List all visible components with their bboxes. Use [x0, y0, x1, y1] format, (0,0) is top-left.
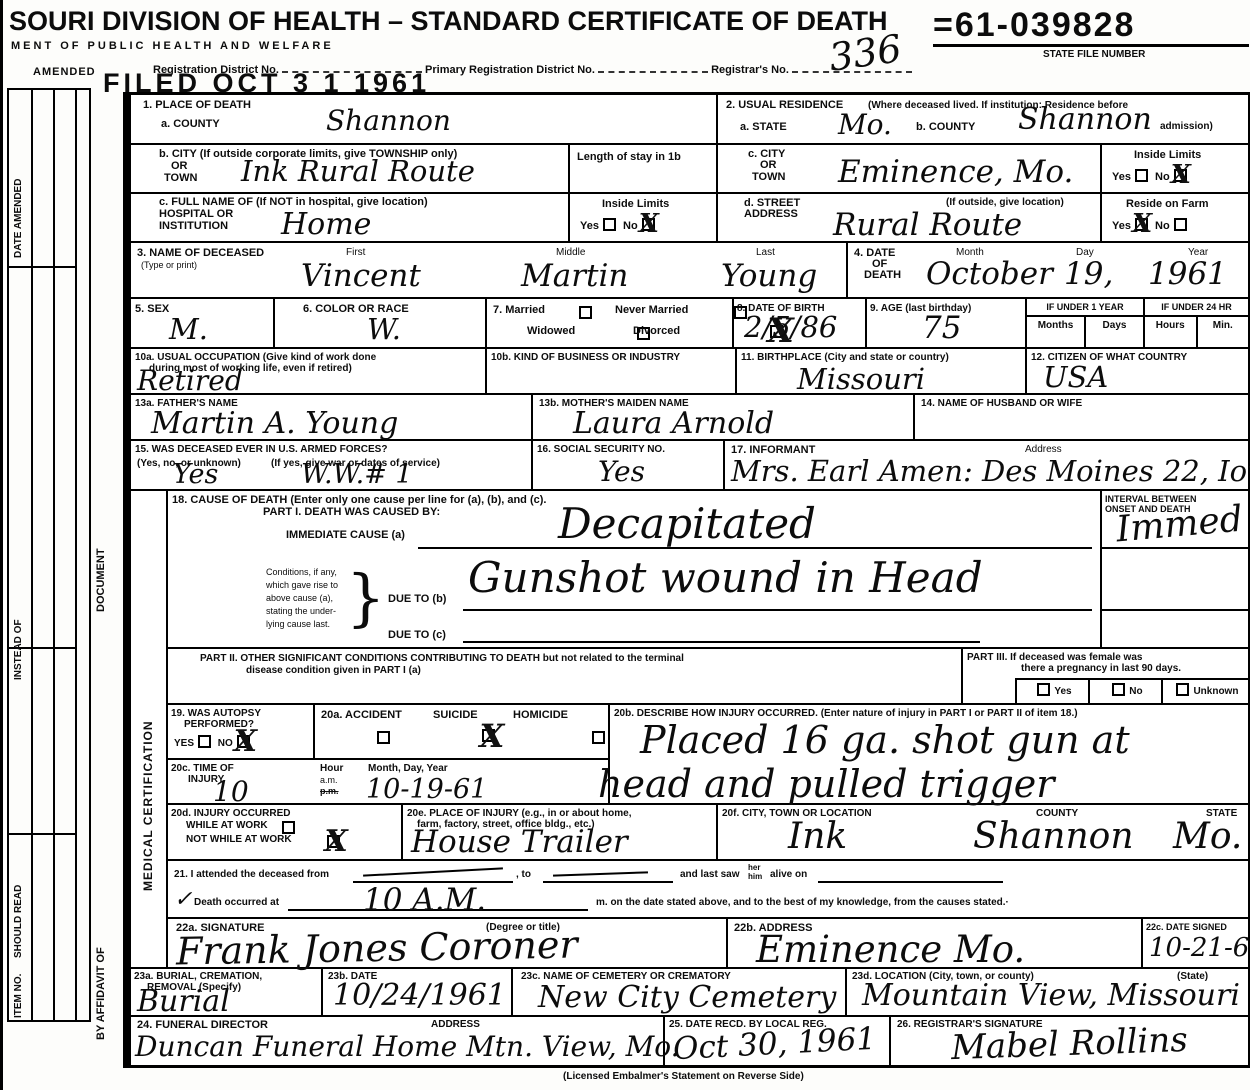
field-2c-inside-limits: Inside Limits Yes NoX: [1100, 145, 1248, 192]
document-label: DOCUMENT: [95, 548, 107, 612]
no-label: No: [1155, 220, 1170, 232]
checkbox-autopsy-no: X: [237, 735, 250, 748]
should-read-label: SHOULD READ: [13, 885, 24, 958]
not-while-at-work-label: NOT WHILE AT WORK: [186, 834, 292, 846]
hour-label: Hour: [320, 763, 343, 775]
checkbox-1c-no: X: [642, 218, 655, 231]
medical-certification-label: MEDICAL CERTIFICATION: [141, 720, 155, 891]
under-24-hr-label: IF UNDER 24 HR: [1145, 299, 1248, 313]
checkbox-autopsy-yes: [198, 735, 211, 748]
box-22a-signature: 22a. SIGNATURE (Degree or title) Frank J…: [168, 919, 726, 967]
length-of-stay-label: Length of stay in 1b: [577, 151, 681, 164]
box-1-place-of-death: 1. PLACE OF DEATH a. COUNTY Shannon b. C…: [131, 95, 716, 241]
checkbox-not-while-at-work: X: [327, 835, 340, 848]
box-10b-business: 10b. KIND OF BUSINESS OR INDUSTRY: [485, 349, 735, 393]
embalmer-note: (Licensed Embalmer's Statement on Revers…: [563, 1071, 804, 1083]
box-9-under-24-hr: IF UNDER 24 HR Hours Min.: [1143, 299, 1248, 347]
field-1a-county: 1. PLACE OF DEATH a. COUNTY Shannon: [131, 95, 716, 143]
checkbox-while-at-work: [282, 821, 295, 834]
box-26-registrar-signature: 26. REGISTRAR'S SIGNATURE Mabel Rollins: [889, 1017, 1248, 1065]
due-to-b-value: Gunshot wound in Head: [468, 557, 983, 599]
checkbox-x-mark: X: [234, 724, 257, 760]
ssn-value: Yes: [598, 458, 645, 486]
box-22c-date-signed: 22c. DATE SIGNED 10-21-61: [1141, 919, 1248, 967]
primary-registration-label: Primary Registration District No.: [425, 64, 595, 76]
amendment-table-line: [53, 90, 55, 1020]
box-20b-describe-injury: 20b. DESCRIBE HOW INJURY OCCURRED. (Ente…: [608, 705, 1248, 803]
box3-sub-label: (Type or print): [141, 260, 197, 271]
first-name-value: Vincent: [301, 261, 421, 292]
death-statement-label: m. on the date stated above, and to the …: [596, 897, 1009, 909]
autopsy-injury-row: 19. WAS AUTOPSY PERFORMED? YES NOX 20a. …: [168, 703, 1248, 803]
pm-label: p.m.: [320, 786, 339, 797]
part3-label2: there a pregnancy in last 90 days.: [1021, 663, 1181, 675]
informant-value: Mrs. Earl Amen: Des Moines 22, Iowa: [731, 457, 1250, 486]
min-label: Min.: [1196, 317, 1249, 347]
box-23d-location: 23d. LOCATION (City, town, or county) (S…: [845, 969, 1248, 1015]
box-20f-location: 20f. CITY, TOWN OR LOCATION COUNTY STATE…: [716, 805, 1248, 859]
cause-c-line: [463, 641, 980, 643]
box-18-cause-of-death: 18. CAUSE OF DEATH (Enter only one cause…: [168, 491, 1248, 647]
homicide-label: HOMICIDE: [513, 709, 568, 722]
due-to-b-label: DUE TO (b): [388, 593, 446, 606]
father-name-value: Martin A. Young: [151, 409, 398, 439]
injury-county-value: Shannon: [973, 819, 1134, 855]
box-9-age: 9. AGE (last birthday) 75: [865, 299, 1025, 347]
her-label: her: [748, 863, 760, 872]
box-12-citizen: 12. CITIZEN OF WHAT COUNTRY USA: [1025, 349, 1248, 393]
box2c-value: Eminence, Mo.: [838, 157, 1073, 188]
interval-column: INTERVAL BETWEEN ONSET AND DEATH Immed: [1100, 491, 1248, 647]
box-22b-address: 22b. ADDRESS Eminence Mo.: [726, 919, 1141, 967]
interval-divider: [1102, 609, 1248, 611]
yes-label: YES: [174, 738, 194, 749]
box2b-label: b. COUNTY: [916, 121, 975, 134]
inside-limits-label: Inside Limits: [1134, 149, 1201, 162]
no-label: No: [623, 220, 638, 232]
occupation-value: Retired: [137, 367, 243, 395]
certifier-row: 22a. SIGNATURE (Degree or title) Frank J…: [168, 917, 1248, 967]
part-2-other-conditions: PART II. OTHER SIGNIFICANT CONDITIONS CO…: [168, 649, 961, 703]
box-20e-place-of-injury: 20e. PLACE OF INJURY (e.g., in or about …: [401, 805, 716, 859]
field-2d-street-address: d. STREET ADDRESS (If outside, give loca…: [718, 194, 1100, 241]
middle-name-value: Martin: [521, 261, 628, 292]
box-23b-date: 23b. DATE 10/24/1961: [321, 969, 511, 1015]
armed-forces-value: Yes: [173, 461, 218, 488]
certificate-form: 1. PLACE OF DEATH a. COUNTY Shannon b. C…: [123, 92, 1250, 1068]
injury-city-value: Ink: [788, 819, 847, 855]
box20d-label: 20d. INJURY OCCURRED: [171, 808, 290, 820]
field-1c-hospital: c. FULL NAME OF (If NOT in hospital, giv…: [131, 194, 568, 241]
box-23a-disposition: 23a. BURIAL, CREMATION, REMOVAL (Specify…: [131, 969, 321, 1015]
conditions-note: Conditions, if any,: [266, 567, 337, 578]
amended-label: AMENDED: [33, 66, 96, 79]
box1-title: 1. PLACE OF DEATH: [143, 99, 251, 112]
checkbox-x-mark: X: [1171, 160, 1191, 191]
checkbox-x-mark: X: [639, 209, 659, 240]
primary-registration-blank: [598, 62, 708, 73]
married-label: 7. Married: [493, 304, 545, 317]
box-5-sex: 5. SEX M.: [131, 299, 273, 347]
sex-value: M.: [169, 315, 208, 344]
box1c-label3: INSTITUTION: [159, 220, 228, 233]
disposition-value: Burial: [137, 987, 230, 1017]
yes-label: Yes: [1112, 171, 1131, 183]
box-20c-time-of-injury: 20c. TIME OF INJURY 10 Hour a.m. p.m. Mo…: [168, 758, 608, 803]
box15-label: 15. WAS DECEASED EVER IN U.S. ARMED FORC…: [135, 444, 387, 456]
due-to-c-label: DUE TO (c): [388, 629, 446, 642]
page-title: SOURI DIVISION OF HEALTH – STANDARD CERT…: [9, 6, 888, 37]
unknown-label: Unknown: [1193, 686, 1238, 697]
death-occurred-label: Death occurred at: [194, 897, 279, 909]
interval-value: Immed: [1115, 502, 1244, 549]
burial-location-value: Mountain View, Missouri: [862, 981, 1240, 1011]
box-21-attendance: 21. I attended the deceased from , to an…: [168, 859, 1248, 917]
injury-state-value: Mo.: [1173, 819, 1242, 855]
box2-title-note2: admission): [1160, 121, 1213, 133]
hand-check-mark: ✓: [174, 889, 192, 911]
checkbox-2c-yes: [1135, 169, 1148, 182]
box-17-informant: 17. INFORMANT Address Mrs. Earl Amen: De…: [723, 441, 1248, 489]
under-1-year-label: IF UNDER 1 YEAR: [1027, 299, 1143, 313]
year-value: 1961: [1148, 259, 1227, 290]
conditions-note: which gave rise to: [266, 580, 338, 591]
while-at-work-label: WHILE AT WORK: [186, 820, 268, 832]
amendment-table-divider: [9, 266, 75, 268]
registrar-no-value: 336: [827, 29, 904, 77]
box-16-ssn: 16. SOCIAL SECURITY NO. Yes: [531, 441, 723, 489]
box1b-value: Ink Rural Route: [241, 157, 475, 186]
injury-place-row: 20d. INJURY OCCURRED WHILE AT WORK NOT W…: [168, 803, 1248, 859]
injury-date-value: 10-19-61: [366, 776, 487, 803]
part2-part3-row: PART II. OTHER SIGNIFICANT CONDITIONS CO…: [168, 647, 1248, 703]
checkbox-accident: [377, 731, 390, 744]
box2a-label: a. STATE: [740, 121, 787, 134]
box2a-value: Mo.: [838, 111, 892, 139]
to-label: , to: [516, 869, 531, 881]
month-value: October: [926, 259, 1053, 290]
box-4-date-of-death: 4. DATE OF DEATH Month Day Year October …: [846, 243, 1248, 297]
box22c-label: 22c. DATE SIGNED: [1146, 922, 1227, 933]
box-10a-occupation: 10a. USUAL OCCUPATION (Give kind of work…: [131, 349, 485, 393]
date-signed-value: 10-21-61: [1149, 935, 1250, 961]
alive-on-label: alive on: [770, 869, 807, 881]
yes-label: Yes: [580, 220, 599, 232]
checkbox-x-mark: X: [1132, 209, 1152, 240]
widowed-label: Widowed: [527, 325, 575, 338]
checkbox-2d-no: [1174, 218, 1187, 231]
box-8-date-of-birth: 8. DATE OF BIRTH 2/5/86: [732, 299, 865, 347]
part2-label: PART II. OTHER SIGNIFICANT CONDITIONS CO…: [200, 653, 684, 665]
injury-description-line1: Placed 16 ga. shot gun at: [640, 721, 1130, 759]
checkbox-x-mark: X: [479, 717, 504, 755]
no-label: No: [1155, 171, 1170, 183]
alive-on-blank: [818, 881, 1003, 883]
no-label: No: [1129, 686, 1142, 697]
part-3-pregnancy: PART III. If deceased was female was the…: [961, 649, 1248, 703]
injury-hour-value: 10: [213, 778, 249, 806]
date-of-birth-value: 2/5/86: [744, 313, 837, 342]
pen-stroke: [553, 871, 648, 876]
box10b-label: 10b. KIND OF BUSINESS OR INDUSTRY: [491, 352, 680, 364]
cause-b-line: [463, 609, 1092, 611]
medical-certification-strip: MEDICAL CERTIFICATION: [131, 491, 166, 967]
funeral-director-value: Duncan Funeral Home Mtn. View, Mo.: [135, 1033, 680, 1061]
accident-label: 20a. ACCIDENT: [321, 709, 402, 722]
box-24-funeral-director: 24. FUNERAL DIRECTOR ADDRESS Duncan Fune…: [131, 1017, 663, 1065]
checkbox-homicide: [592, 731, 605, 744]
citizen-value: USA: [1043, 363, 1108, 392]
conditions-note: above cause (a),: [266, 593, 333, 604]
state-file-number-rule: [933, 44, 1249, 47]
date-amended-label: DATE AMENDED: [13, 179, 24, 258]
box2c-town: TOWN: [752, 171, 785, 184]
armed-forces-war-value: W.W.# 1: [301, 461, 413, 488]
checkbox-pregnancy-no: [1112, 683, 1125, 696]
date-received-value: Oct 30, 1961: [672, 1024, 876, 1066]
mother-name-value: Laura Arnold: [573, 409, 774, 439]
box4-label3: DEATH: [864, 269, 901, 282]
checkbox-pregnancy-unknown: [1176, 683, 1189, 696]
amendment-table-line: [31, 90, 33, 1020]
state-file-number: =61-039828: [933, 6, 1135, 45]
box2d-value: Rural Route: [833, 210, 1022, 241]
medical-certification-section: MEDICAL CERTIFICATION 18. CAUSE OF DEATH…: [131, 489, 1248, 967]
checkbox-suicide: X: [482, 729, 495, 742]
box2b-value: Shannon: [1018, 105, 1152, 135]
field-1b-length-of-stay: Length of stay in 1b: [568, 145, 716, 192]
checkbox-2d-yes: X: [1135, 218, 1148, 231]
certifier-signature-value: Frank Jones Coroner: [176, 925, 578, 970]
months-label: Months: [1027, 317, 1084, 347]
death-time-value: 10 A.M.: [363, 885, 486, 916]
part1-label: PART I. DEATH WAS CAUSED BY:: [263, 506, 440, 519]
box2d-label2: ADDRESS: [744, 208, 798, 221]
box1a-value: Shannon: [326, 107, 451, 135]
conditions-note: lying cause last.: [266, 619, 330, 630]
divorced-label: Divorced: [633, 325, 680, 338]
am-label: a.m.: [320, 775, 338, 786]
burial-date-value: 10/24/1961: [333, 981, 506, 1011]
box-23c-cemetery: 23c. NAME OF CEMETERY OR CREMATORY New C…: [511, 969, 845, 1015]
certifier-address-value: Eminence Mo.: [756, 931, 1025, 968]
filed-stamp: FILED OCT 3 1 1961: [103, 68, 430, 99]
box3-label: 3. NAME OF DECEASED: [137, 247, 264, 260]
suicide-label: SUICIDE: [433, 709, 478, 722]
box1b-town: TOWN: [164, 172, 197, 185]
day-value: 19,: [1064, 259, 1113, 290]
checkbox-x-mark: X: [324, 824, 347, 859]
box-9-under-1-year: IF UNDER 1 YEAR Months Days: [1025, 299, 1143, 347]
age-value: 75: [922, 313, 961, 344]
birthplace-value: Missouri: [797, 365, 925, 394]
by-affidavit-label: BY AFFIDAVIT OF: [95, 947, 107, 1040]
instead-of-label: INSTEAD OF: [13, 619, 24, 680]
box-25-date-received: 25. DATE RECD. BY LOCAL REG. Oct 30, 196…: [663, 1017, 889, 1065]
checkbox-married: [579, 306, 592, 319]
pregnancy-checkbox-row: Yes No Unknown: [1015, 678, 1248, 703]
pen-stroke: [363, 867, 503, 876]
attended-from-label: 21. I attended the deceased from: [174, 869, 329, 881]
box-13a-father: 13a. FATHER'S NAME Martin A. Young: [131, 395, 531, 439]
never-married-label: Never Married: [615, 304, 688, 317]
box-7-marital-status: 7. Married Never Married Widowed Divorce…: [485, 299, 732, 347]
race-value: W.: [367, 315, 401, 344]
death-certificate-document: SOURI DIVISION OF HEALTH – STANDARD CERT…: [0, 0, 1250, 1090]
field-2d-reside-on-farm: Reside on Farm YesX No: [1100, 194, 1248, 241]
yes-label: Yes: [1112, 220, 1131, 232]
part2-label2: disease condition given in PART I (a): [246, 665, 421, 677]
immediate-cause-value: Decapitated: [558, 503, 816, 545]
amendment-table-divider: [9, 833, 75, 835]
box-20d-at-work: 20d. INJURY OCCURRED WHILE AT WORK NOT W…: [168, 805, 401, 859]
him-label: him: [748, 872, 762, 881]
cemetery-value: New City Cemetery: [538, 983, 836, 1013]
box1c-value: Home: [281, 210, 371, 240]
box2-title: 2. USUAL RESIDENCE: [726, 99, 843, 112]
page-subtitle: MENT OF PUBLIC HEALTH AND WELFARE: [11, 40, 334, 52]
attended-to-blank: [543, 881, 673, 883]
box-3-name-of-deceased: 3. NAME OF DECEASED (Type or print) Firs…: [131, 243, 846, 297]
conditions-bracket: }: [346, 561, 385, 634]
box-13b-mother: 13b. MOTHER'S MAIDEN NAME Laura Arnold: [531, 395, 913, 439]
yes-label: Yes: [1054, 686, 1071, 697]
box-19-autopsy: 19. WAS AUTOPSY PERFORMED? YES NOX: [168, 705, 313, 758]
box1a-label: a. COUNTY: [161, 118, 220, 131]
conditions-note: stating the under-: [266, 606, 336, 617]
box14-label: 14. NAME OF HUSBAND OR WIFE: [921, 398, 1082, 410]
field-2c-city-town: c. CITY OR TOWN Eminence, Mo.: [718, 145, 1100, 192]
injury-description-line2: head and pulled trigger: [598, 765, 1054, 803]
box-15-armed-forces: 15. WAS DECEASED EVER IN U.S. ARMED FORC…: [131, 441, 531, 489]
field-1c-inside-limits: Inside Limits Yes NoX: [568, 194, 716, 241]
last-saw-label: and last saw: [680, 869, 739, 881]
registrar-no-label: Registrar's No.: [711, 64, 789, 76]
box5-label: 5. SEX: [135, 303, 169, 316]
hours-label: Hours: [1145, 317, 1196, 347]
field-1b-city-town: b. CITY (If outside corporate limits, gi…: [131, 145, 568, 192]
item-no-label: ITEM NO.: [13, 974, 24, 1018]
registrar-signature-value: Mabel Rollins: [950, 1023, 1188, 1065]
box-14-spouse: 14. NAME OF HUSBAND OR WIFE: [913, 395, 1248, 439]
checkbox-pregnancy-yes: [1037, 683, 1050, 696]
amendment-table: DATE AMENDED INSTEAD OF SHOULD READ ITEM…: [7, 88, 91, 1022]
inside-limits-label: Inside Limits: [602, 198, 669, 211]
box-20a-manner: 20a. ACCIDENT SUICIDE HOMICIDE X: [313, 705, 608, 758]
amendment-table-line: [75, 90, 77, 1020]
checkbox-1c-yes: [603, 218, 616, 231]
immediate-cause-label: IMMEDIATE CAUSE (a): [286, 529, 405, 542]
box-2-usual-residence: 2. USUAL RESIDENCE (Where deceased lived…: [716, 95, 1248, 241]
state-file-number-label: STATE FILE NUMBER: [1043, 49, 1145, 61]
checkbox-2c-no: X: [1174, 169, 1187, 182]
no-label: NO: [218, 738, 233, 749]
days-label: Days: [1084, 317, 1143, 347]
place-of-injury-value: House Trailer: [411, 827, 628, 858]
last-name-value: Young: [721, 261, 817, 292]
box-6-color-or-race: 6. COLOR OR RACE W.: [273, 299, 485, 347]
box-11-birthplace: 11. BIRTHPLACE (City and state or countr…: [735, 349, 1025, 393]
field-2ab-state-county: 2. USUAL RESIDENCE (Where deceased lived…: [718, 95, 1248, 143]
